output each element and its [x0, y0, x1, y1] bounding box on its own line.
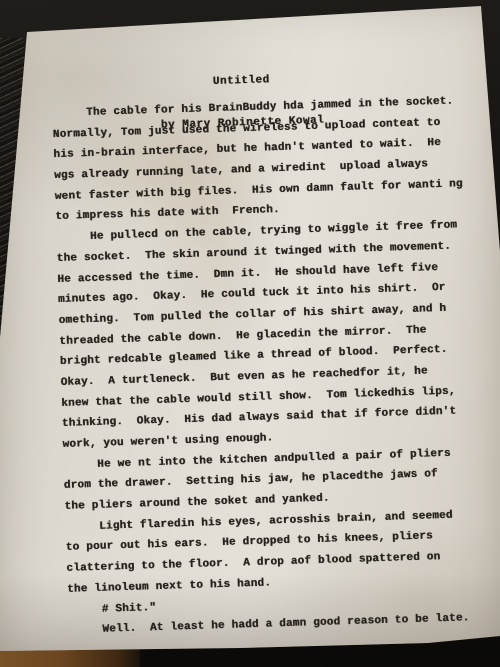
paper-sheet: Untitled by Mary Robinette Kowal The cab… — [0, 0, 500, 667]
story-title: Untitled — [0, 66, 491, 96]
story-text: Untitled by Mary Robinette Kowal The cab… — [0, 0, 500, 667]
paragraph: The cable for his BrainBuddy hda jammed … — [52, 91, 476, 228]
wood-floor — [0, 649, 140, 667]
photo-background: Untitled by Mary Robinette Kowal The cab… — [0, 0, 500, 667]
story-body: The cable for his BrainBuddy hda jammed … — [52, 91, 489, 642]
paragraph: Light flaredin his eyes, acrosshis brain… — [65, 504, 487, 600]
paragraph: He pullecd on the cable, trying to wiggl… — [56, 215, 483, 456]
